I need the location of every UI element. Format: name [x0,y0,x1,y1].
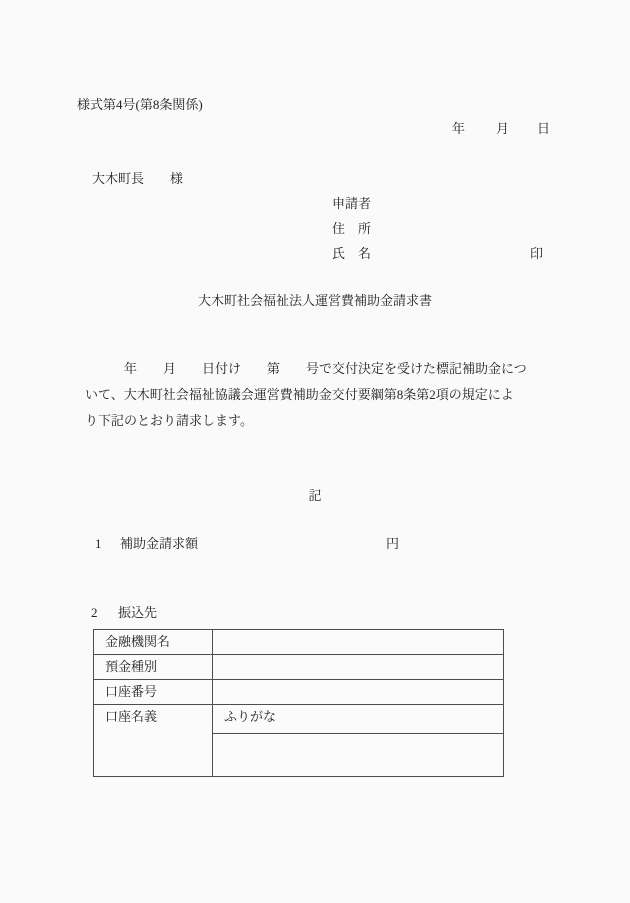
account-holder-furigana-label: ふりがな [213,705,504,734]
deposit-type-label: 預金種別 [94,655,213,680]
document-title: 大木町社会福祉法人運営費補助金請求書 [0,293,630,310]
item-1-unit-yen: 円 [386,536,399,553]
bank-name-value [213,630,504,655]
body-line-1: 年 月 日付け 第 号で交付決定を受けた標記補助金につ [124,361,527,378]
table-row: 金融機関名 [94,630,504,655]
account-number-label: 口座番号 [94,680,213,705]
applicant-address-label: 住 所 [332,221,371,238]
account-holder-label: 口座名義 [94,705,213,777]
table-row: 口座名義 ふりがな [94,705,504,734]
date-day-label: 日 [537,121,550,138]
document-page: 様式第4号(第8条関係) 年 月 日 大木町長 様 申請者 住 所 氏 名 印 … [0,0,630,903]
body-line-3: り下記のとおり請求します。 [85,413,253,430]
applicant-label: 申請者 [332,196,371,213]
addressee: 大木町長 様 [92,171,183,188]
account-holder-value [213,734,504,777]
table-row: 預金種別 [94,655,504,680]
item-1-number: 1 [95,536,102,553]
table-row: 口座番号 [94,680,504,705]
date-month-label: 月 [496,121,509,138]
body-line-2: いて、大木町社会福祉協議会運営費補助金交付要綱第8条第2項の規定によ [85,387,514,404]
item-2-number: 2 [91,605,98,622]
date-year-label: 年 [452,121,465,138]
record-marker: 記 [0,488,630,505]
bank-account-table: 金融機関名 預金種別 口座番号 口座名義 ふりがな [93,629,504,777]
deposit-type-value [213,655,504,680]
bank-name-label: 金融機関名 [94,630,213,655]
form-number: 様式第4号(第8条関係) [77,97,203,114]
account-number-value [213,680,504,705]
applicant-name-label: 氏 名 [332,246,371,263]
item-2-label: 振込先 [118,605,157,622]
seal-label: 印 [530,246,543,263]
item-1-label: 補助金請求額 [120,536,198,553]
